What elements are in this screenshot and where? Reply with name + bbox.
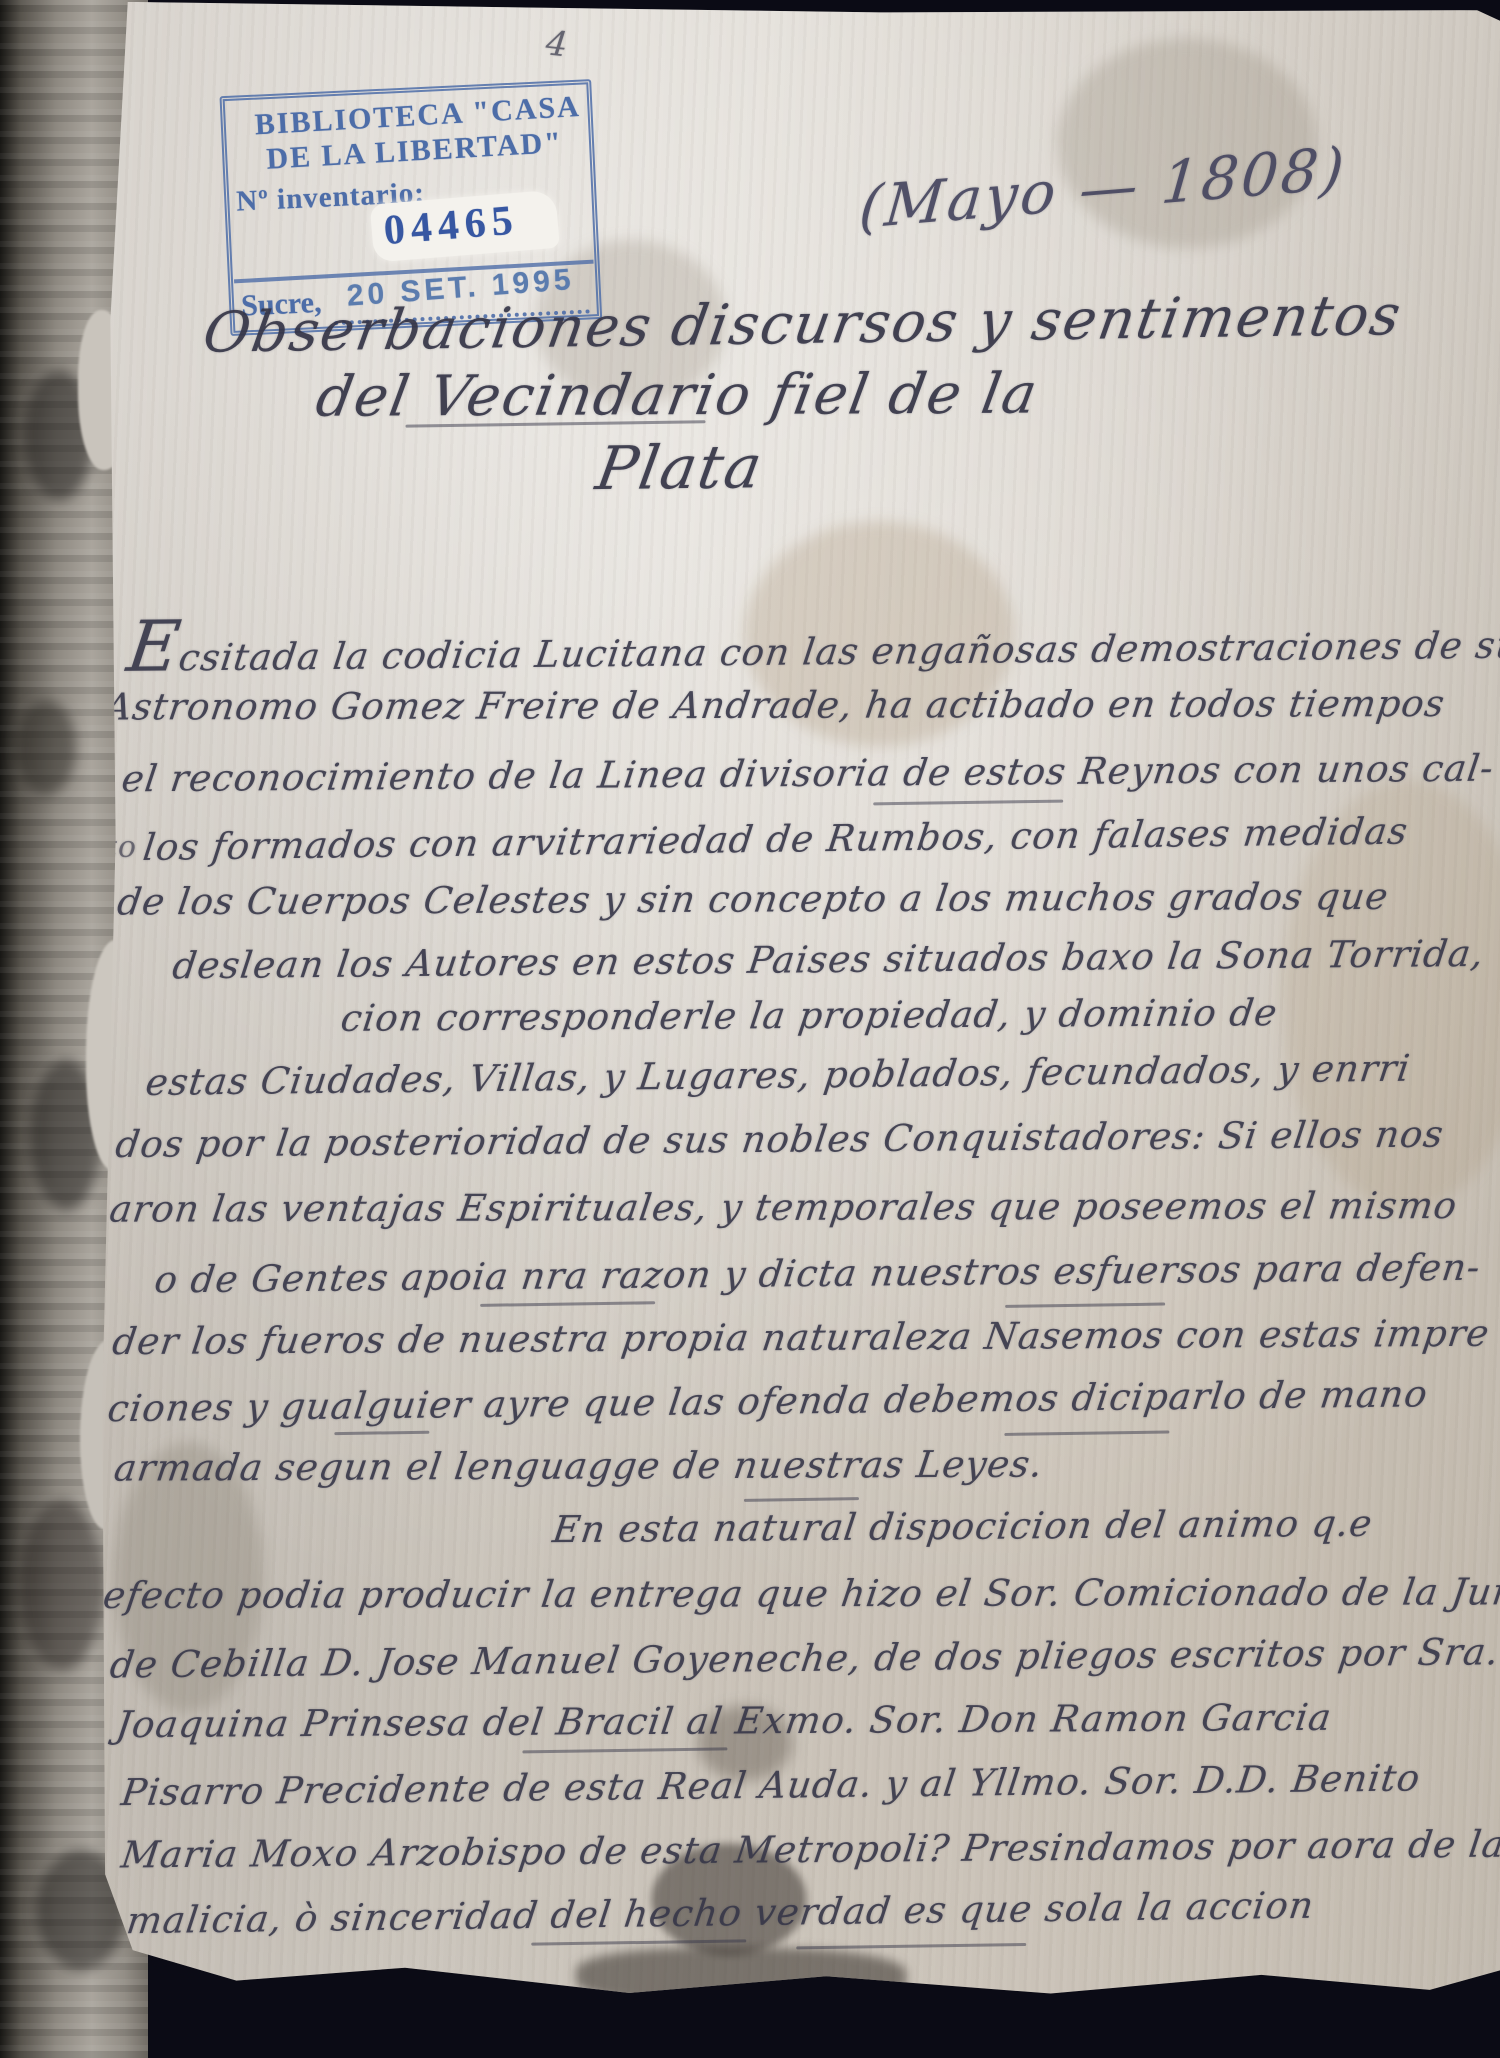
manuscript-page: BIBLIOTECA "CASA DE LA LIBERTAD" Nº inve… xyxy=(96,2,1500,2003)
ink-underline xyxy=(1004,1431,1169,1436)
manuscript-line: los formados con arvitrariedad de Rumbos… xyxy=(141,810,1411,869)
manuscript-line: malicia, ò sinceridad del hecho verdad e… xyxy=(124,1884,1317,1942)
manuscript-line: En esta natural dispocicion del animo q.… xyxy=(550,1502,1375,1551)
manuscript-scan: BIBLIOTECA "CASA DE LA LIBERTAD" Nº inve… xyxy=(0,0,1500,2058)
title-line: Plata xyxy=(591,432,768,504)
manuscript-line: o de Gentes apoia nra razon y dicta nues… xyxy=(152,1246,1483,1302)
ink-underline xyxy=(1005,1303,1165,1308)
manuscript-line: Ecsitada la codicia Lucitana con las eng… xyxy=(124,607,1500,679)
manuscript-line: dos por la posterioridad de sus nobles C… xyxy=(113,1113,1447,1166)
ink-underline xyxy=(796,1943,1026,1949)
manuscript-line: el reconocimiento de la Linea divisoria … xyxy=(119,747,1496,801)
manuscript-line: ciones y gualguier ayre que las ofenda d… xyxy=(105,1372,1430,1430)
manuscript-line: Maria Moxo Arzobispo de esta Metropoli? … xyxy=(119,1823,1500,1877)
manuscript-line: Pisarro Precidente de esta Real Auda. y … xyxy=(119,1756,1423,1814)
manuscript-line: cion corresponderle la propiedad, y domi… xyxy=(338,991,1280,1040)
ink-underline xyxy=(744,1497,859,1502)
manuscript-line: aron las ventajas Espirituales, y tempor… xyxy=(107,1184,1460,1230)
ink-underline xyxy=(480,1301,655,1307)
ink-underline xyxy=(873,800,1063,806)
manuscript-line: armada segun el lenguagge de nuestras Le… xyxy=(112,1443,1047,1490)
manuscript-line: efecto podia producir la entrega que hiz… xyxy=(101,1570,1500,1617)
manuscript-line: Astronomo Gomez Freire de Andrade, ha ac… xyxy=(102,682,1448,728)
page-corner-mark: 4 xyxy=(544,23,571,65)
ink-underline xyxy=(334,1431,429,1435)
manuscript-line: de Cebilla D. Jose Manuel Goyeneche, de … xyxy=(108,1629,1500,1686)
ink-underline xyxy=(522,1747,727,1753)
spine-blotch xyxy=(20,1500,104,1670)
title-line: del Vecindario fiel de la xyxy=(311,362,1043,430)
manuscript-line: Joaquina Prinsesa del Bracil al Exmo. So… xyxy=(114,1696,1335,1746)
manuscript-line: estas Ciudades, Villas, y Lugares, pobla… xyxy=(143,1047,1413,1104)
manuscript-line: der los fueros de nuestra propia natural… xyxy=(110,1312,1493,1363)
manuscript-line: de los Cuerpos Celestes y sin concepto a… xyxy=(115,875,1392,923)
stain xyxy=(576,1947,906,2007)
spine-blotch xyxy=(16,700,76,795)
